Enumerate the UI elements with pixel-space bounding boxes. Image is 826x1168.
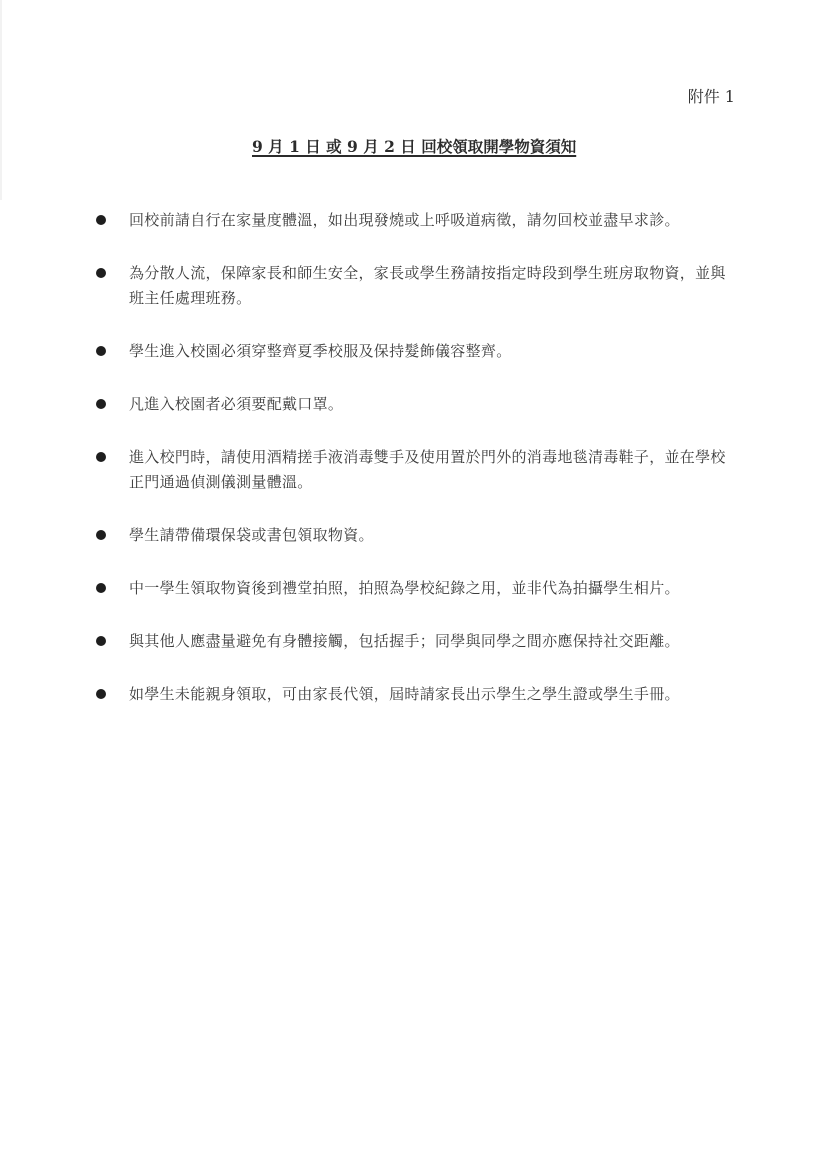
bullet-icon xyxy=(96,530,106,540)
bullet-icon xyxy=(96,689,106,699)
notice-list: 回校前請自行在家量度體溫，如出現發燒或上呼吸道病徵，請勿回校並盡早求診。 為分散… xyxy=(96,208,736,735)
notice-text: 回校前請自行在家量度體溫，如出現發燒或上呼吸道病徵，請勿回校並盡早求診。 xyxy=(129,208,729,233)
notice-text: 與其他人應盡量避免有身體接觸，包括握手；同學與同學之間亦應保持社交距離。 xyxy=(129,629,729,654)
list-item: 學生進入校園必須穿整齊夏季校服及保持髮飾儀容整齊。 xyxy=(96,339,736,364)
list-item: 與其他人應盡量避免有身體接觸，包括握手；同學與同學之間亦應保持社交距離。 xyxy=(96,629,736,654)
notice-text: 學生進入校園必須穿整齊夏季校服及保持髮飾儀容整齊。 xyxy=(129,339,729,364)
list-item: 學生請帶備環保袋或書包領取物資。 xyxy=(96,523,736,548)
scan-edge xyxy=(0,0,2,200)
bullet-icon xyxy=(96,583,106,593)
list-item: 為分散人流，保障家長和師生安全，家長或學生務請按指定時段到學生班房取物資，並與班… xyxy=(96,261,736,311)
list-item: 中一學生領取物資後到禮堂拍照，拍照為學校紀錄之用，並非代為拍攝學生相片。 xyxy=(96,576,736,601)
list-item: 進入校門時，請使用酒精搓手液消毒雙手及使用置於門外的消毒地毯清毒鞋子，並在學校正… xyxy=(96,445,736,495)
bullet-icon xyxy=(96,636,106,646)
notice-text: 為分散人流，保障家長和師生安全，家長或學生務請按指定時段到學生班房取物資，並與班… xyxy=(129,261,729,311)
notice-text: 如學生未能親身領取，可由家長代領，屆時請家長出示學生之學生證或學生手冊。 xyxy=(129,682,729,707)
bullet-icon xyxy=(96,452,106,462)
notice-text: 中一學生領取物資後到禮堂拍照，拍照為學校紀錄之用，並非代為拍攝學生相片。 xyxy=(129,576,729,601)
notice-text: 學生請帶備環保袋或書包領取物資。 xyxy=(129,523,729,548)
bullet-icon xyxy=(96,346,106,356)
page-title: 9 月 1 日 或 9 月 2 日 回校領取開學物資須知 xyxy=(252,136,576,158)
list-item: 如學生未能親身領取，可由家長代領，屆時請家長出示學生之學生證或學生手冊。 xyxy=(96,682,736,707)
bullet-icon xyxy=(96,268,106,278)
notice-text: 凡進入校園者必須要配戴口罩。 xyxy=(129,392,729,417)
document-page: 附件 1 9 月 1 日 或 9 月 2 日 回校領取開學物資須知 回校前請自行… xyxy=(0,0,826,1168)
list-item: 凡進入校園者必須要配戴口罩。 xyxy=(96,392,736,417)
notice-text: 進入校門時，請使用酒精搓手液消毒雙手及使用置於門外的消毒地毯清毒鞋子，並在學校正… xyxy=(129,445,729,495)
bullet-icon xyxy=(96,399,106,409)
list-item: 回校前請自行在家量度體溫，如出現發燒或上呼吸道病徵，請勿回校並盡早求診。 xyxy=(96,208,736,233)
bullet-icon xyxy=(96,215,106,225)
attachment-label: 附件 1 xyxy=(688,86,735,108)
